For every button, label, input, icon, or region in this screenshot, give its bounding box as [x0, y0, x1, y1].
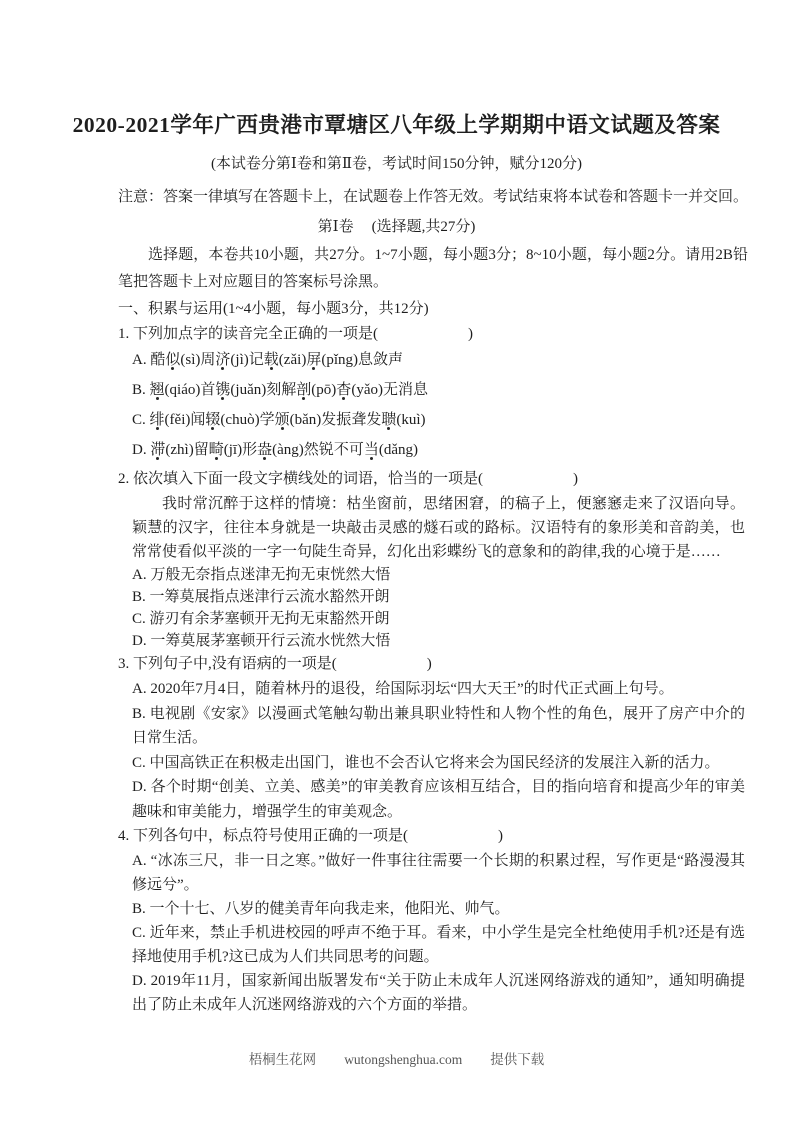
question-1: 1. 下列加点字的读音完全正确的一项是( ) A. 酷似(sì)周济(jì)记载… [118, 322, 745, 463]
footer-site-url: wutongshenghua.com [344, 1052, 462, 1067]
question-2-option-c: C. 游刃有余茅塞顿开无拘无束豁然开朗 [118, 608, 745, 630]
exam-document-page: 2020-2021学年广西贵港市覃塘区八年级上学期期中语文试题及答案 (本试卷分… [0, 0, 793, 1122]
question-3-option-c: C. 中国高铁正在积极走出国门，谁也不会否认它将来会为国民经济的发展注入新的活力… [118, 751, 745, 776]
question-1-stem: 1. 下列加点字的读音完全正确的一项是( ) [118, 322, 745, 347]
question-4-stem: 4. 下列各句中，标点符号使用正确的一项是( ) [118, 824, 745, 849]
section-volume: 第Ⅰ卷 [318, 219, 354, 235]
question-3-stem: 3. 下列句子中,没有语病的一项是( ) [118, 652, 745, 677]
exam-subtitle: (本试卷分第Ⅰ卷和第Ⅱ卷，考试时间150分钟，赋分120分) [0, 152, 793, 176]
question-2-option-d: D. 一筹莫展茅塞顿开行云流水恍然大悟 [118, 630, 745, 652]
question-3-option-b: B. 电视剧《安家》以漫画式笔触勾勒出兼具职业特性和人物个性的角色，展开了房产中… [118, 702, 745, 751]
question-2-option-a: A. 万般无奈指点迷津无拘无束恍然大悟 [118, 564, 745, 586]
question-4: 4. 下列各句中，标点符号使用正确的一项是( ) A. “冰冻三尺，非一日之寒。… [118, 824, 745, 1017]
exam-instructions: 选择题，本卷共10小题，共27分。1~7小题，每小题3分；8~10小题，每小题2… [118, 242, 748, 296]
question-3-option-a: A. 2020年7月4日，随着林丹的退役，给国际羽坛“四大天王”的时代正式画上句… [118, 677, 745, 702]
footer-site-name: 梧桐生花网 [249, 1052, 317, 1067]
question-1-option-d: D. 滞(zhì)留畸(jī)形盎(àng)然锐不可当(dǎng) [118, 437, 745, 463]
question-2-stem: 2. 依次填入下面一段文字横线处的词语，恰当的一项是( ) [118, 467, 745, 492]
question-1-option-b: B. 翘(qiáo)首镌(juǎn)刻解剖(pō)杳(yǎo)无消息 [118, 377, 745, 403]
question-2-options: A. 万般无奈指点迷津无拘无束恍然大悟 B. 一筹莫展指点迷津行云流水豁然开朗 … [118, 564, 745, 652]
exam-notice: 注意：答案一律填写在答题卡上，在试题卷上作答无效。考试结束将本试卷和答题卡一并交… [118, 185, 748, 210]
page-title: 2020-2021学年广西贵港市覃塘区八年级上学期期中语文试题及答案 [0, 110, 793, 140]
question-4-option-d: D. 2019年11月，国家新闻出版署发布“关于防止未成年人沉迷网络游戏的通知”… [118, 969, 745, 1017]
question-4-options: A. “冰冻三尺，非一日之寒。”做好一件事往往需要一个长期的积累过程，写作更是“… [118, 849, 745, 1017]
section-heading: 第Ⅰ卷(选择题,共27分) [0, 215, 793, 240]
question-3-option-d: D. 各个时期“创美、立美、感美”的审美教育应该相互结合，目的指向培育和提高少年… [118, 775, 745, 824]
question-4-option-c: C. 近年来，禁止手机进校园的呼声不绝于耳。看来，中小学生是完全杜绝使用手机?还… [118, 921, 745, 969]
part-one-heading: 一、积累与运用(1~4小题，每小题3分，共12分) [118, 296, 748, 322]
question-1-option-c: C. 绯(fěi)闻辍(chuò)学颁(bǎn)发振聋发聩(kuì) [118, 407, 745, 433]
page-footer: 梧桐生花网wutongshenghua.com提供下载 [0, 1050, 793, 1070]
question-2-option-b: B. 一筹莫展指点迷津行云流水豁然开朗 [118, 586, 745, 608]
question-2-passage: 我时常沉醉于这样的情境：枯坐窗前，思绪困窘，的稿子上，便窸窸走来了汉语向导。颖慧… [118, 492, 745, 564]
question-1-option-a: A. 酷似(sì)周济(jì)记载(zǎi)屏(pǐng)息敛声 [118, 347, 745, 373]
question-3: 3. 下列句子中,没有语病的一项是( ) A. 2020年7月4日，随着林丹的退… [118, 652, 745, 824]
footer-download-label: 提供下载 [490, 1052, 544, 1067]
section-description: (选择题,共27分) [372, 219, 476, 235]
question-3-options: A. 2020年7月4日，随着林丹的退役，给国际羽坛“四大天王”的时代正式画上句… [118, 677, 745, 824]
question-2: 2. 依次填入下面一段文字横线处的词语，恰当的一项是( ) 我时常沉醉于这样的情… [118, 467, 745, 652]
question-4-option-b: B. 一个十七、八岁的健美青年向我走来，他阳光、帅气。 [118, 897, 745, 921]
question-4-option-a: A. “冰冻三尺，非一日之寒。”做好一件事往往需要一个长期的积累过程，写作更是“… [118, 849, 745, 897]
question-1-options: A. 酷似(sì)周济(jì)记载(zǎi)屏(pǐng)息敛声 B. 翘(qi… [118, 347, 745, 463]
